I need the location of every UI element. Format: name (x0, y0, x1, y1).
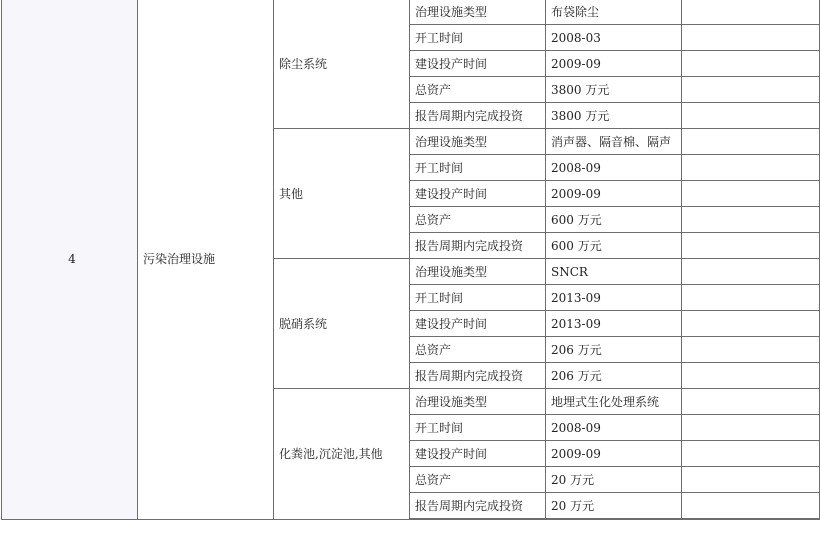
system-name-cell: 其他 (274, 129, 410, 259)
field-label-cell: 建设投产时间 (410, 441, 546, 467)
field-value-cell: 600 万元 (546, 207, 682, 233)
field-value-cell: 地埋式生化处理系统 (546, 389, 682, 415)
field-label-cell: 报告周期内完成投资 (410, 233, 546, 259)
system-name-cell: 化粪池,沉淀池,其他 (274, 389, 410, 520)
field-value-cell: 20 万元 (546, 493, 682, 520)
field-label-cell: 总资产 (410, 77, 546, 103)
field-label-cell: 开工时间 (410, 415, 546, 441)
note-cell (682, 207, 820, 233)
field-value-cell: 2008-09 (546, 415, 682, 441)
note-cell (682, 285, 820, 311)
note-cell (682, 233, 820, 259)
field-label-cell: 开工时间 (410, 25, 546, 51)
field-label-cell: 总资产 (410, 337, 546, 363)
field-label-cell: 治理设施类型 (410, 389, 546, 415)
field-label-cell: 建设投产时间 (410, 51, 546, 77)
note-cell (682, 0, 820, 25)
note-cell (682, 155, 820, 181)
note-cell (682, 311, 820, 337)
note-cell (682, 77, 820, 103)
field-value-cell: 206 万元 (546, 363, 682, 389)
field-label-cell: 开工时间 (410, 155, 546, 181)
field-value-cell: 3800 万元 (546, 77, 682, 103)
note-cell (682, 103, 820, 129)
field-label-cell: 开工时间 (410, 285, 546, 311)
field-value-cell: 消声器、隔音棉、隔声 (546, 129, 682, 155)
field-value-cell: 600 万元 (546, 233, 682, 259)
field-value-cell: 2008-09 (546, 155, 682, 181)
note-cell (682, 51, 820, 77)
note-cell (682, 493, 820, 520)
system-name-cell: 除尘系统 (274, 0, 410, 129)
field-value-cell: 布袋除尘 (546, 0, 682, 25)
field-label-cell: 报告周期内完成投资 (410, 103, 546, 129)
field-label-cell: 治理设施类型 (410, 0, 546, 25)
pollution-facilities-table: 4污染治理设施除尘系统治理设施类型布袋除尘开工时间2008-03建设投产时间20… (1, 0, 820, 520)
field-label-cell: 建设投产时间 (410, 181, 546, 207)
field-value-cell: 2008-03 (546, 25, 682, 51)
note-cell (682, 441, 820, 467)
field-label-cell: 报告周期内完成投资 (410, 363, 546, 389)
field-label-cell: 总资产 (410, 467, 546, 493)
field-label-cell: 总资产 (410, 207, 546, 233)
field-label-cell: 治理设施类型 (410, 129, 546, 155)
category-cell: 污染治理设施 (138, 0, 274, 519)
field-value-cell: 3800 万元 (546, 103, 682, 129)
note-cell (682, 259, 820, 285)
field-value-cell: 2013-09 (546, 311, 682, 337)
table-row: 4污染治理设施除尘系统治理设施类型布袋除尘 (2, 0, 820, 25)
field-label-cell: 报告周期内完成投资 (410, 493, 546, 520)
note-cell (682, 467, 820, 493)
note-cell (682, 337, 820, 363)
field-value-cell: 2013-09 (546, 285, 682, 311)
field-value-cell: 206 万元 (546, 337, 682, 363)
note-cell (682, 181, 820, 207)
field-value-cell: 2009-09 (546, 181, 682, 207)
item-number-cell: 4 (2, 0, 138, 519)
field-value-cell: 2009-09 (546, 441, 682, 467)
note-cell (682, 415, 820, 441)
table-body: 4污染治理设施除尘系统治理设施类型布袋除尘开工时间2008-03建设投产时间20… (2, 0, 820, 519)
field-label-cell: 建设投产时间 (410, 311, 546, 337)
field-value-cell: SNCR (546, 259, 682, 285)
note-cell (682, 129, 820, 155)
note-cell (682, 389, 820, 415)
system-name-cell: 脱硝系统 (274, 259, 410, 389)
field-label-cell: 治理设施类型 (410, 259, 546, 285)
field-value-cell: 20 万元 (546, 467, 682, 493)
note-cell (682, 25, 820, 51)
field-value-cell: 2009-09 (546, 51, 682, 77)
note-cell (682, 363, 820, 389)
